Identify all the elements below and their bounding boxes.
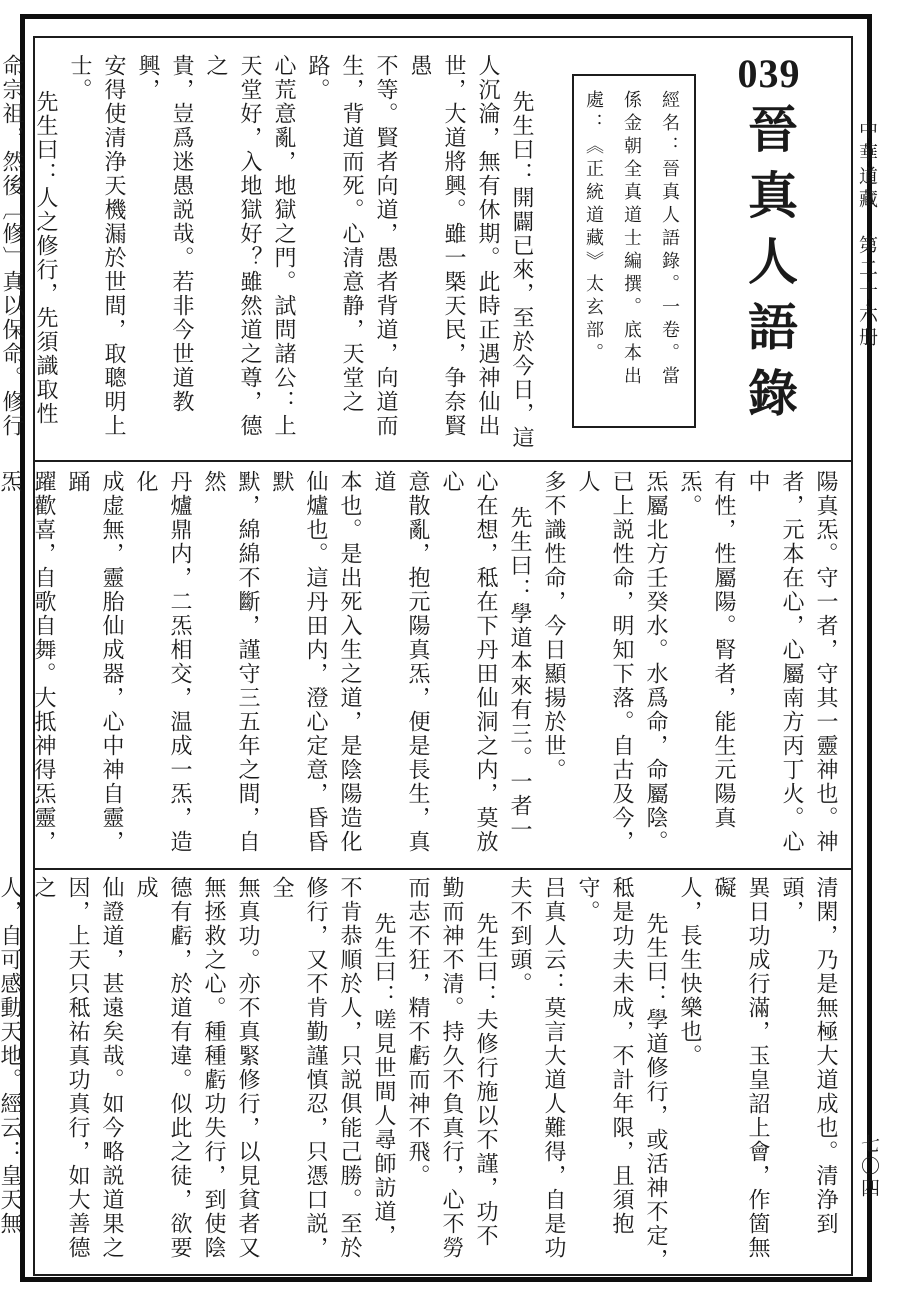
text-column: 不肯恭順於人，只説俱能己勝。至於 [333,876,367,1274]
text-column: 陽真炁。守一者，守其一靈神也。神 [809,470,843,866]
text-column: 德有虧，於道有違。似此之徒，欲要成 [129,876,197,1274]
text-column: 意散亂，抱元陽真炁，便是長生，真道 [367,470,435,866]
text-column: 異日功成行滿，玉皇詔上會，作箇無礙 [707,876,775,1274]
page-number: 七〇四 [855,1134,882,1224]
info-box-column: 經名：晉真人語錄。一卷。當 [651,90,689,412]
text-column: 有性，性屬陽。腎者，能生元陽真炁。 [673,470,741,866]
text-register-middle: 陽真炁。守一者，守其一靈神也。神者，元本在心，心屬南方丙丁火。心中有性，性屬陽。… [43,470,843,866]
text-column: 天堂好，入地獄好？雖然道之尊，德之 [199,54,267,460]
text-column: 先生曰：嗟見世間人尋師訪道， [367,876,401,1274]
text-column: 人，自可感動天地。經云：皇天無親， [0,876,27,1274]
text-column: 人沉淪，無有休期。此時正遇神仙出 [471,54,505,460]
content-frame: 039 晉真人語錄 經名：晉真人語錄。一卷。當係金朝全真道士編撰。底本出處：《正… [33,36,853,1276]
info-box-column: 處：《正統道藏》太玄部。 [575,90,613,412]
text-column: 而志不狂，精不虧而神不飛。 [401,876,435,1274]
text-column: 先生曰：學道本來有三。一者一 [503,470,537,866]
text-column: 多不識性命，今日顯揚於世。 [537,470,571,866]
text-column: 清閑，乃是無極大道成也。清浄到頭， [775,876,843,1274]
register-divider [35,868,851,870]
text-column: 心荒意亂，地獄之門。試問諸公：上 [267,54,301,460]
text-title: 晉真人語錄 [733,103,805,433]
collection-title: 中華道藏 第二十六册 [853,120,880,420]
text-column: 已上説性命，明知下落。自古及今，人 [571,470,639,866]
text-column: 勤而神不清。持久不負真行，心不勞 [435,876,469,1274]
title-block: 039 晉真人語錄 [733,50,805,433]
text-column: 吕真人云：莫言大道人難得，自是功 [537,876,571,1274]
text-column: 躍歡喜，自歌自舞。大抵神得炁靈，炁 [0,470,61,866]
text-register-top: 先生曰：開闢已來，至於今日，這人沉淪，無有休期。此時正遇神仙出世，大道將興。雖一… [43,54,539,460]
text-column: 夫不到頭。 [503,876,537,1274]
text-column: 心在想，秪在下丹田仙洞之内，莫放心 [435,470,503,866]
text-column: 人，長生快樂也。 [673,876,707,1274]
text-column: 生，背道而死。心清意静，天堂之路。 [301,54,369,460]
text-register-bottom: 清閑，乃是無極大道成也。清浄到頭，異日功成行滿，玉皇詔上會，作箇無礙人，長生快樂… [43,876,843,1274]
text-column: 者，元本在心，心屬南方丙丁火。心中 [741,470,809,866]
register-divider [35,460,851,462]
text-column: 本也。是出死入生之道，是陰陽造化 [333,470,367,866]
text-column: 先生曰：學道修行，或活神不定， [639,876,673,1274]
text-column: 秪是功夫未成，不計年限，且須抱守。 [571,876,639,1274]
text-column: 因，上天只秪祐真功真行，如大善德之 [27,876,95,1274]
info-box-column: 係金朝全真道士編撰。底本出 [613,90,651,412]
text-column: 安得使清浄天機漏於世間，取聰明上 [97,54,131,460]
text-column: 成虚無，靈胎仙成器，心中神自靈，踊 [61,470,129,866]
text-column: 士。 [63,54,97,460]
text-column: 修行，又不肯勤謹慎忍，只憑口説，全 [265,876,333,1274]
text-column: 無真功。亦不真緊修行，以見貧者又 [231,876,265,1274]
text-column: 先生曰：夫修行施以不謹，功不 [469,876,503,1274]
text-column: 貴，豈爲迷愚説哉。若非今世道教興， [131,54,199,460]
text-column: 先生曰：開闢已來，至於今日，這 [505,54,539,460]
text-column: 無拯救之心。種種虧功失行，到使陰 [197,876,231,1274]
text-serial-number: 039 [733,50,805,97]
text-column: 炁屬北方壬癸水。水爲命，命屬陰。 [639,470,673,866]
text-column: 丹爐鼎内，二炁相交，温成一炁，造化 [129,470,197,866]
text-column: 世，大道將興。雖一槩天民，争奈賢愚 [403,54,471,460]
text-column: 不等。賢者向道，愚者背道，向道而 [369,54,403,460]
text-column: 仙證道，甚遠矣哉。如今略説道果之 [95,876,129,1274]
text-column: 先生曰：人之修行，先須識取性 [29,54,63,460]
text-column: 仙爐也。這丹田内，澄心定意，昏昏默 [265,470,333,866]
text-column: 命宗祖，然後〔修〕真以保命。修行須 [0,54,29,460]
text-column: 默，綿綿不斷，謹守三五年之間，自然 [197,470,265,866]
bibliographic-note-box: 經名：晉真人語錄。一卷。當係金朝全真道士編撰。底本出處：《正統道藏》太玄部。 [572,74,696,428]
